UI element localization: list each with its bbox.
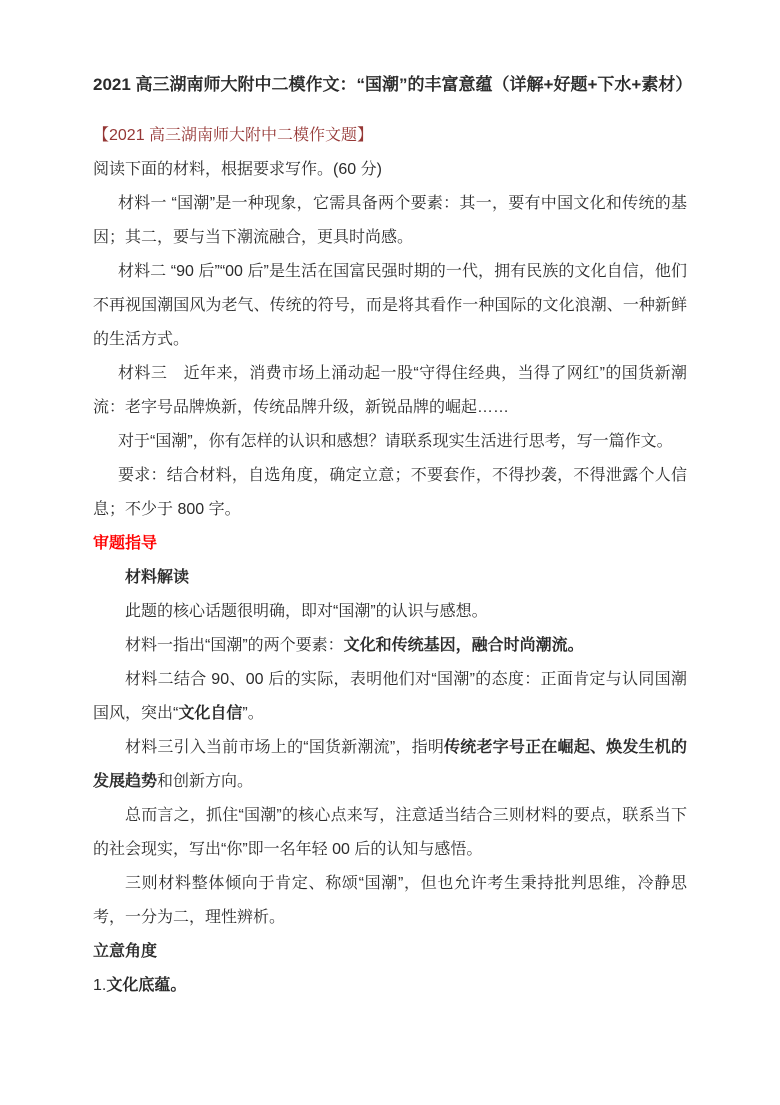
material-3-paragraph: 材料三 近年来，消费市场上涌动起一股“守得住经典，当得了网红”的国货新潮流：老字…	[93, 357, 687, 425]
material-2-paragraph: 材料二 “90 后”“00 后”是生活在国富民强时期的一代，拥有民族的文化自信，…	[93, 255, 687, 357]
prompt-source-heading: 【2021 高三湖南师大附中二模作文题】	[93, 119, 687, 153]
analysis-material-3-paragraph: 材料三引入当前市场上的“国货新潮流”，指明传统老字号正在崛起、焕发生机的发展趋势…	[93, 731, 687, 799]
task-paragraph: 对于“国潮”，你有怎样的认识和感想？请联系现实生活进行思考，写一篇作文。	[93, 425, 687, 459]
document-page: 2021 高三湖南师大附中二模作文：“国潮”的丰富意蕴（详解+好题+下水+素材）…	[0, 0, 780, 1105]
analysis-material-2-paragraph: 材料二结合 90、00 后的实际，表明他们对“国潮”的态度：正面肯定与认同国潮国…	[93, 663, 687, 731]
analysis-core-topic-paragraph: 此题的核心话题很明确，即对“国潮”的认识与感想。	[93, 595, 687, 629]
material-1-paragraph: 材料一 “国潮”是一种现象，它需具备两个要素：其一，要有中国文化和传统的基因；其…	[93, 187, 687, 255]
intro-paragraph: 阅读下面的材料，根据要求写作。(60 分)	[93, 153, 687, 187]
point-1-paragraph: 1.文化底蕴。	[93, 969, 687, 1003]
requirements-paragraph: 要求：结合材料，自选角度，确定立意；不要套作，不得抄袭，不得泄露个人信息；不少于…	[93, 459, 687, 527]
subheading-liyi-jiaodu: 立意角度	[93, 935, 687, 969]
doc-title: 2021 高三湖南师大附中二模作文：“国潮”的丰富意蕴（详解+好题+下水+素材）	[93, 70, 687, 100]
analysis-material-1-paragraph: 材料一指出“国潮”的两个要素：文化和传统基因，融合时尚潮流。	[93, 629, 687, 663]
analysis-summary-paragraph: 总而言之，抓住“国潮”的核心点来写，注意适当结合三则材料的要点，联系当下的社会现…	[93, 799, 687, 867]
section-heading-shenti-zhidao: 审题指导	[93, 527, 687, 561]
analysis-attitude-paragraph: 三则材料整体倾向于肯定、称颂“国潮”，但也允许考生秉持批判思维，冷静思考，一分为…	[93, 867, 687, 935]
subheading-cailiao-jiedu: 材料解读	[93, 561, 687, 595]
